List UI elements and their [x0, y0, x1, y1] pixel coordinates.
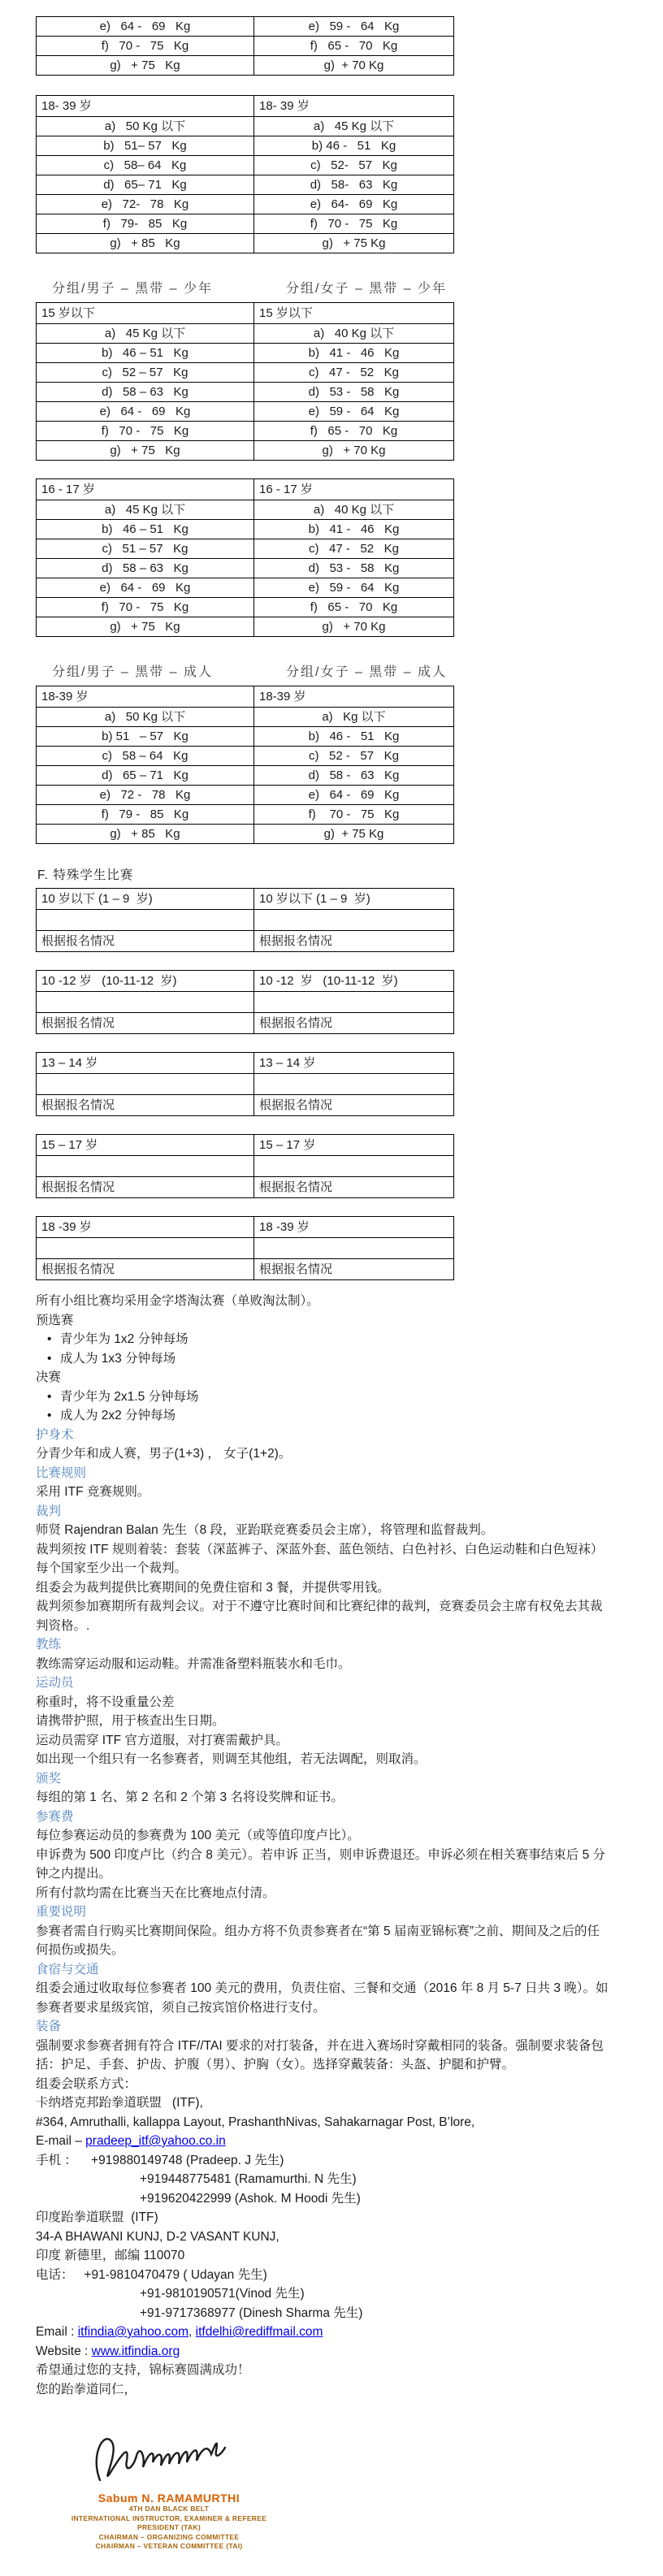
weight-table-18-39-colored: 18- 39 岁18- 39 岁a) 50 Kg 以下a) 45 Kg 以下b)…: [36, 95, 454, 253]
paragraph: 申诉费为 500 印度卢比（约合 8 美元）。若申诉 正当，则申诉费退还。申诉必…: [36, 1846, 609, 1884]
website-link[interactable]: www.itfindia.org: [92, 2344, 180, 2358]
table-cell: 根据报名情况: [37, 931, 254, 952]
table-cell: a) 50 Kg 以下: [37, 708, 254, 727]
group-heading-female-adult: 分组/女子 – 黑带 – 成人: [286, 661, 447, 680]
table-row: d) 58 – 63 Kgd) 53 - 58 Kg: [37, 383, 454, 402]
table-header-row: 18- 39 岁18- 39 岁: [37, 96, 454, 117]
table-cell: g) + 70 Kg: [254, 441, 454, 461]
table-cell: g) + 85 Kg: [37, 234, 254, 253]
signatory-title-line: CHAIRMAN – VETERAN COMMITTEE (TAI): [58, 2542, 279, 2552]
table-cell: b) 46 - 51 Kg: [254, 727, 454, 747]
paragraph: 卡纳塔克邦跆拳道联盟 (ITF),: [36, 2093, 609, 2113]
table-cell: c) 51 – 57 Kg: [37, 539, 254, 559]
table-cell: [37, 1238, 254, 1259]
paragraph: 教练需穿运动服和运动鞋。并需准备塑料瓶装水和毛巾。: [36, 1655, 609, 1674]
paragraph: 您的跆拳道同仁，: [36, 2380, 609, 2400]
table-cell: 根据报名情况: [254, 931, 454, 952]
bullet-icon: •: [47, 1330, 60, 1349]
table-cell: [37, 992, 254, 1013]
table-cell: 15 – 17 岁: [37, 1135, 254, 1156]
signatory-titles: 4TH DAN BLACK BELTINTERNATIONAL INSTRUCT…: [58, 2505, 279, 2552]
section-heading: 重要说明: [36, 1903, 609, 1922]
table-row: d) 65– 71 Kgd) 58- 63 Kg: [37, 175, 454, 195]
bullet-icon: •: [47, 1349, 60, 1369]
paragraph: 每组的第 1 名、第 2 名和 2 个第 3 名将设奖牌和证书。: [36, 1788, 609, 1808]
table-row: e) 72 - 78 Kge) 64 - 69 Kg: [37, 786, 454, 805]
table-cell: 10 -12 岁 (10-11-12 岁): [37, 971, 254, 992]
table-row: g) + 75 Kgg) + 70 Kg: [37, 441, 454, 461]
special-students-title: F. 特殊学生比赛: [37, 865, 663, 883]
paragraph: 强制要求参赛者拥有符合 ITF//TAI 要求的对打装备，并在进入赛场时穿戴相同…: [36, 2037, 609, 2075]
table-cell: f) 70 - 75 Kg: [37, 422, 254, 441]
table-cell: [37, 1156, 254, 1177]
paragraph: 称重时，将不设重量公差: [36, 1693, 609, 1712]
table-cell: 15 岁以下: [37, 303, 254, 324]
table-header-row: 18 -39 岁18 -39 岁: [37, 1217, 454, 1238]
table-cell: d) 65 – 71 Kg: [37, 766, 254, 786]
table-row: 根据报名情况根据报名情况: [37, 1259, 454, 1280]
table-cell: b) 46 – 51 Kg: [37, 520, 254, 539]
table-cell: f) 70 - 75 Kg: [37, 37, 254, 56]
table-cell: d) 53 - 58 Kg: [254, 559, 454, 578]
table-cell: 根据报名情况: [37, 1259, 254, 1280]
group-heading-adult: 分组/男子 – 黑带 – 成人 分组/女子 – 黑带 – 成人: [36, 661, 491, 681]
table-cell: 根据报名情况: [37, 1095, 254, 1116]
email-link[interactable]: pradeep_itf@yahoo.co.in: [85, 2134, 226, 2148]
table-cell: 18- 39 岁: [254, 96, 454, 117]
table-row: f) 70 - 75 Kgf) 65 - 70 Kg: [37, 37, 454, 56]
table-cell: b) 51– 57 Kg: [37, 136, 254, 156]
table-row: d) 58 – 63 Kgd) 53 - 58 Kg: [37, 559, 454, 578]
table-row: a) 45 Kg 以下a) 40 Kg 以下: [37, 324, 454, 344]
table-cell: a) 40 Kg 以下: [254, 500, 454, 520]
table-cell: 13 – 14 岁: [254, 1053, 454, 1074]
table-cell: 根据报名情况: [254, 1095, 454, 1116]
table-cell: 18-39 岁: [37, 686, 254, 708]
table-row: b) 51– 57 Kgb) 46 - 51 Kg: [37, 136, 454, 156]
table-cell: 18-39 岁: [254, 686, 454, 708]
table-cell: b) 46 - 51 Kg: [254, 136, 454, 156]
table-row: e) 64 - 69 Kge) 59 - 64 Kg: [37, 578, 454, 598]
table-cell: [254, 1238, 454, 1259]
table-cell: d) 58 – 63 Kg: [37, 383, 254, 402]
table-cell: a) Kg 以下: [254, 708, 454, 727]
weight-table-continuation: e) 64 - 69 Kge) 59 - 64 Kgf) 70 - 75 Kgf…: [36, 16, 454, 76]
weight-table-18-39-adult: 18-39 岁18-39 岁a) 50 Kg 以下a) Kg 以下b) 51 –…: [36, 686, 454, 844]
table-cell: e) 64 - 69 Kg: [37, 17, 254, 37]
table-cell: c) 52- 57 Kg: [254, 156, 454, 175]
table-row: f) 79- 85 Kgf) 70 - 75 Kg: [37, 214, 454, 234]
table-header-row: 18-39 岁18-39 岁: [37, 686, 454, 708]
table-cell: 18- 39 岁: [37, 96, 254, 117]
table-header-row: 15 岁以下15 岁以下: [37, 303, 454, 324]
table-cell: g) + 75 Kg: [37, 617, 254, 637]
table-cell: f) 79 - 85 Kg: [37, 805, 254, 825]
contact-line: E-mail – pradeep_itf@yahoo.co.in: [36, 2132, 609, 2151]
table-header-row: 15 – 17 岁15 – 17 岁: [37, 1135, 454, 1156]
table-cell: f) 70 - 75 Kg: [37, 598, 254, 617]
table-cell: c) 58 – 64 Kg: [37, 747, 254, 766]
table-cell: 16 - 17 岁: [37, 479, 254, 500]
table-row: b) 51 – 57 Kgb) 46 - 51 Kg: [37, 727, 454, 747]
table-cell: 根据报名情况: [37, 1177, 254, 1198]
section-heading: 比赛规则: [36, 1464, 609, 1483]
table-cell: d) 65– 71 Kg: [37, 175, 254, 195]
table-row: c) 58 – 64 Kgc) 52 - 57 Kg: [37, 747, 454, 766]
table-cell: c) 47 - 52 Kg: [254, 363, 454, 383]
indent-line: +91-9810190571(Vinod 先生): [36, 2284, 609, 2304]
special-table-10-12: 10 -12 岁 (10-11-12 岁)10 -12 岁 (10-11-12 …: [36, 970, 454, 1034]
section-heading: 护身术: [36, 1426, 609, 1445]
bullet-item: •青少年为 1x2 分钟每场: [36, 1330, 609, 1349]
table-cell: 16 - 17 岁: [254, 479, 454, 500]
table-cell: g) + 75 Kg: [37, 56, 254, 76]
table-cell: e) 72- 78 Kg: [37, 195, 254, 214]
rules-and-contact-text: 所有小组比赛均采用金字塔淘汰赛（单败淘汰制）。预选赛•青少年为 1x2 分钟每场…: [36, 1292, 609, 2399]
paragraph: #364, Amruthalli, kallappa Layout, Prash…: [36, 2113, 609, 2132]
table-cell: f) 65 - 70 Kg: [254, 422, 454, 441]
paragraph: 运动员需穿 ITF 官方道服，对打赛需戴护具。: [36, 1731, 609, 1751]
table-row: b) 46 – 51 Kgb) 41 - 46 Kg: [37, 344, 454, 363]
bullet-item: •青少年为 2x1.5 分钟每场: [36, 1388, 609, 1407]
signatory-title-line: INTERNATIONAL INSTRUCTOR, EXAMINER & REF…: [58, 2514, 279, 2524]
section-heading: 食宿与交通: [36, 1960, 609, 1980]
table-cell: [37, 910, 254, 931]
group-heading-male-junior: 分组/男子 – 黑带 – 少年: [52, 278, 213, 297]
paragraph: 组委会为裁判提供比赛期间的免费住宿和 3 餐，并提供零用钱。: [36, 1578, 609, 1598]
section-heading: 运动员: [36, 1673, 609, 1693]
table-cell: 10 岁以下 (1 – 9 岁): [254, 889, 454, 910]
table-cell: f) 65 - 70 Kg: [254, 598, 454, 617]
paragraph: 裁判须按 ITF 规则着装：套装（深蓝裤子、深蓝外套、蓝色领结、白色衬衫、白色运…: [36, 1540, 609, 1578]
paragraph: 所有付款均需在比赛当天在比赛地点付清。: [36, 1884, 609, 1903]
table-row: f) 70 - 75 Kgf) 65 - 70 Kg: [37, 598, 454, 617]
table-row: a) 50 Kg 以下a) 45 Kg 以下: [37, 117, 454, 136]
table-row: f) 70 - 75 Kgf) 65 - 70 Kg: [37, 422, 454, 441]
paragraph: 参赛者需自行购买比赛期间保险。组办方将不负责参赛者在“第 5 届南亚锦标赛”之前…: [36, 1922, 609, 1960]
table-cell: a) 45 Kg 以下: [254, 117, 454, 136]
paragraph: 34-A BHAWANI KUNJ, D-2 VASANT KUNJ,: [36, 2227, 609, 2247]
table-row: c) 58– 64 Kgc) 52- 57 Kg: [37, 156, 454, 175]
table-cell: c) 58– 64 Kg: [37, 156, 254, 175]
bullet-icon: •: [47, 1406, 60, 1426]
table-cell: 15 岁以下: [254, 303, 454, 324]
table-cell: b) 46 – 51 Kg: [37, 344, 254, 363]
table-cell: c) 52 - 57 Kg: [254, 747, 454, 766]
table-cell: f) 79- 85 Kg: [37, 214, 254, 234]
bullet-item: •成人为 2x2 分钟每场: [36, 1406, 609, 1426]
table-row: b) 46 – 51 Kgb) 41 - 46 Kg: [37, 520, 454, 539]
table-cell: g) + 70 Kg: [254, 56, 454, 76]
table-row: e) 72- 78 Kge) 64- 69 Kg: [37, 195, 454, 214]
indent-line: +91-9717368977 (Dinesh Sharma 先生): [36, 2304, 609, 2323]
table-row: [37, 910, 454, 931]
table-cell: e) 64- 69 Kg: [254, 195, 454, 214]
indent-line: +919448775481 (Ramamurthi. N 先生): [36, 2170, 609, 2189]
bullet-item: •成人为 1x3 分钟每场: [36, 1349, 609, 1369]
paragraph: 如出现一个组只有一名参赛者，则调至其他组，若无法调配，则取消。: [36, 1750, 609, 1769]
signatory-name: Sabum N. RAMAMURTHI: [58, 2492, 279, 2505]
signatory-title-line: 4TH DAN BLACK BELT: [58, 2505, 279, 2514]
table-cell: f) 70 - 75 Kg: [254, 214, 454, 234]
table-header-row: 10 -12 岁 (10-11-12 岁)10 -12 岁 (10-11-12 …: [37, 971, 454, 992]
section-heading: 裁判: [36, 1502, 609, 1522]
section-heading: 教练: [36, 1635, 609, 1655]
email-link[interactable]: itfdelhi@rediffmail.com: [196, 2325, 323, 2339]
section-heading: 颁奖: [36, 1769, 609, 1789]
table-row: a) 45 Kg 以下a) 40 Kg 以下: [37, 500, 454, 520]
paragraph: 手机 ： +919880149748 (Pradeep. J 先生): [36, 2151, 609, 2171]
table-cell: 18 -39 岁: [37, 1217, 254, 1238]
table-cell: b) 51 – 57 Kg: [37, 727, 254, 747]
table-cell: e) 64 - 69 Kg: [37, 578, 254, 598]
table-header-row: 13 – 14 岁13 – 14 岁: [37, 1053, 454, 1074]
table-row: [37, 1074, 454, 1095]
table-row: c) 52 – 57 Kgc) 47 - 52 Kg: [37, 363, 454, 383]
contact-line: Email : itfindia@yahoo.com, itfdelhi@red…: [36, 2323, 609, 2342]
paragraph: 电话： +91-9810470479 ( Udayan 先生): [36, 2266, 609, 2285]
table-row: g) + 85 Kgg) + 75 Kg: [37, 825, 454, 844]
table-cell: e) 64 - 69 Kg: [254, 786, 454, 805]
table-cell: g) + 85 Kg: [37, 825, 254, 844]
table-row: e) 64 - 69 Kge) 59 - 64 Kg: [37, 17, 454, 37]
table-row: 根据报名情况根据报名情况: [37, 1013, 454, 1034]
table-cell: f) 65 - 70 Kg: [254, 37, 454, 56]
paragraph: 组委会联系方式：: [36, 2075, 609, 2094]
table-row: 根据报名情况根据报名情况: [37, 1177, 454, 1198]
special-table-under-10: 10 岁以下 (1 – 9 岁)10 岁以下 (1 – 9 岁) 根据报名情况根…: [36, 888, 454, 952]
table-cell: a) 40 Kg 以下: [254, 324, 454, 344]
group-heading-male-adult: 分组/男子 – 黑带 – 成人: [52, 661, 213, 680]
bullet-icon: •: [47, 1388, 60, 1407]
special-table-13-14: 13 – 14 岁13 – 14 岁 根据报名情况根据报名情况: [36, 1052, 454, 1116]
table-cell: c) 47 - 52 Kg: [254, 539, 454, 559]
table-row: 根据报名情况根据报名情况: [37, 1095, 454, 1116]
table-cell: [254, 1156, 454, 1177]
table-cell: d) 58- 63 Kg: [254, 175, 454, 195]
section-heading: 参赛费: [36, 1808, 609, 1827]
table-cell: a) 45 Kg 以下: [37, 324, 254, 344]
table-cell: g) + 75 Kg: [37, 441, 254, 461]
table-cell: [37, 1074, 254, 1095]
table-row: [37, 1156, 454, 1177]
table-row: [37, 1238, 454, 1259]
table-row: g) + 75 Kgg) + 70 Kg: [37, 56, 454, 76]
signature-image: [84, 2420, 254, 2495]
table-cell: e) 64 - 69 Kg: [37, 402, 254, 422]
contact-line: Website : www.itfindia.org: [36, 2342, 609, 2362]
table-cell: [254, 1074, 454, 1095]
table-cell: 10 岁以下 (1 – 9 岁): [37, 889, 254, 910]
table-cell: [254, 910, 454, 931]
special-table-18-39: 18 -39 岁18 -39 岁 根据报名情况根据报名情况: [36, 1216, 454, 1280]
paragraph: 请携带护照，用于核查出生日期。: [36, 1712, 609, 1731]
section-heading: 装备: [36, 2017, 609, 2037]
table-row: d) 65 – 71 Kgd) 58 - 63 Kg: [37, 766, 454, 786]
table-row: g) + 85 Kgg) + 75 Kg: [37, 234, 454, 253]
table-cell: c) 52 – 57 Kg: [37, 363, 254, 383]
table-cell: 根据报名情况: [254, 1259, 454, 1280]
table-header-row: 10 岁以下 (1 – 9 岁)10 岁以下 (1 – 9 岁): [37, 889, 454, 910]
paragraph: 分青少年和成人赛，男子(1+3) ， 女子(1+2)。: [36, 1444, 609, 1464]
paragraph: 所有小组比赛均采用金字塔淘汰赛（单败淘汰制）。: [36, 1292, 609, 1311]
group-heading-junior: 分组/男子 – 黑带 – 少年 分组/女子 – 黑带 – 少年: [36, 278, 491, 297]
table-cell: e) 59 - 64 Kg: [254, 578, 454, 598]
paragraph: 师贤 Rajendran Balan 先生（8 段，亚跆联竞赛委员会主席），将管…: [36, 1521, 609, 1540]
paragraph: 裁判须参加赛期所有裁判会议。对于不遵守比赛时间和比赛纪律的裁判，竞赛委员会主席有…: [36, 1597, 609, 1635]
weight-table-under-15: 15 岁以下15 岁以下a) 45 Kg 以下a) 40 Kg 以下b) 46 …: [36, 302, 454, 461]
table-cell: 15 – 17 岁: [254, 1135, 454, 1156]
table-cell: 10 -12 岁 (10-11-12 岁): [254, 971, 454, 992]
table-cell: d) 58 – 63 Kg: [37, 559, 254, 578]
table-cell: f) 70 - 75 Kg: [254, 805, 454, 825]
table-cell: e) 59 - 64 Kg: [254, 402, 454, 422]
table-row: e) 64 - 69 Kge) 59 - 64 Kg: [37, 402, 454, 422]
table-row: f) 79 - 85 Kgf) 70 - 75 Kg: [37, 805, 454, 825]
paragraph: 采用 ITF 竞赛规则。: [36, 1483, 609, 1502]
table-cell: a) 50 Kg 以下: [37, 117, 254, 136]
table-row: 根据报名情况根据报名情况: [37, 931, 454, 952]
table-cell: e) 72 - 78 Kg: [37, 786, 254, 805]
table-cell: g) + 70 Kg: [254, 617, 454, 637]
table-header-row: 16 - 17 岁16 - 17 岁: [37, 479, 454, 500]
group-heading-female-junior: 分组/女子 – 黑带 – 少年: [286, 278, 447, 297]
paragraph: 每位参赛运动员的参赛费为 100 美元（或等值印度卢比）。: [36, 1826, 609, 1846]
paragraph: 决赛: [36, 1368, 609, 1388]
table-cell: d) 58 - 63 Kg: [254, 766, 454, 786]
table-cell: 根据报名情况: [254, 1013, 454, 1034]
document: e) 64 - 69 Kge) 59 - 64 Kgf) 70 - 75 Kgf…: [0, 0, 663, 2576]
signatory-title-line: CHAIRMAN – ORGANIZING COMMITTEE: [58, 2533, 279, 2543]
special-table-15-17: 15 – 17 岁15 – 17 岁 根据报名情况根据报名情况: [36, 1134, 454, 1198]
signatory-title-line: PRESIDENT (TAK): [58, 2523, 279, 2533]
table-row: g) + 75 Kgg) + 70 Kg: [37, 617, 454, 637]
table-cell: b) 41 - 46 Kg: [254, 520, 454, 539]
paragraph: 印度 新德里，邮编 110070: [36, 2246, 609, 2266]
table-row: [37, 992, 454, 1013]
table-cell: 根据报名情况: [37, 1013, 254, 1034]
email-link[interactable]: itfindia@yahoo.com: [78, 2325, 188, 2339]
signature-block: Sabum N. RAMAMURTHI 4TH DAN BLACK BELTIN…: [36, 2420, 279, 2552]
weight-table-16-17: 16 - 17 岁16 - 17 岁a) 45 Kg 以下a) 40 Kg 以下…: [36, 478, 454, 637]
table-cell: e) 59 - 64 Kg: [254, 17, 454, 37]
table-row: c) 51 – 57 Kgc) 47 - 52 Kg: [37, 539, 454, 559]
table-cell: b) 41 - 46 Kg: [254, 344, 454, 363]
table-cell: 18 -39 岁: [254, 1217, 454, 1238]
table-row: a) 50 Kg 以下a) Kg 以下: [37, 708, 454, 727]
paragraph: 组委会通过收取每位参赛者 100 美元的费用，负责住宿、三餐和交通（2016 年…: [36, 1979, 609, 2017]
table-cell: a) 45 Kg 以下: [37, 500, 254, 520]
table-cell: 13 – 14 岁: [37, 1053, 254, 1074]
table-cell: g) + 75 Kg: [254, 234, 454, 253]
paragraph: 印度跆拳道联盟 (ITF): [36, 2208, 609, 2227]
paragraph: 预选赛: [36, 1311, 609, 1331]
table-cell: g) + 75 Kg: [254, 825, 454, 844]
table-cell: d) 53 - 58 Kg: [254, 383, 454, 402]
table-cell: 根据报名情况: [254, 1177, 454, 1198]
indent-line: +919620422999 (Ashok. M Hoodi 先生): [36, 2189, 609, 2209]
table-cell: [254, 992, 454, 1013]
paragraph: 希望通过您的支持，锦标赛圆满成功！: [36, 2361, 609, 2380]
